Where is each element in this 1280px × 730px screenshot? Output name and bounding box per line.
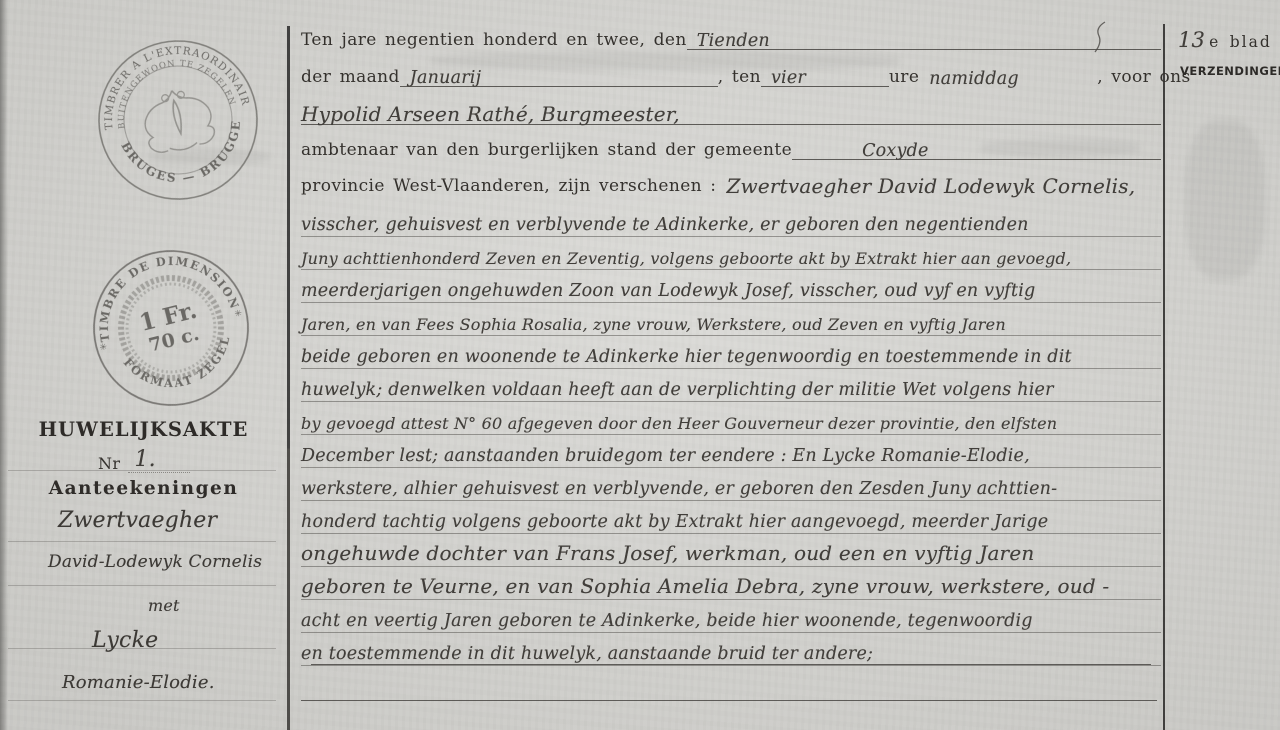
fill-in-hour: vier — [761, 68, 889, 87]
blank-rule — [301, 700, 1157, 701]
annotations-label: Aanteekeningen — [0, 478, 287, 499]
margin-bride-firstnames: Romanie-Elodie. — [62, 672, 215, 693]
written-line: Juny achttienhonderd Zeven en Zeventig, … — [301, 236, 1161, 270]
handwritten-text: huwelyk; denwelken voldaan heeft aan de … — [301, 380, 1054, 400]
handwritten-text: acht en veertig Jaren geboren te Adinker… — [301, 611, 1033, 631]
form-line-verschenen: provincie West-Vlaanderen, zijn verschen… — [301, 174, 1161, 196]
akte-number-row: Nr 1. — [98, 447, 190, 473]
handwritten-text: geboren te Veurne, en van Sophia Amelia … — [301, 574, 1109, 598]
written-line: by gevoegd attest N° 60 afgegeven door d… — [301, 401, 1161, 435]
pen-flourish-icon — [1075, 18, 1115, 54]
nr-value: 1. — [128, 447, 189, 473]
printed-text: der maand — [301, 67, 400, 87]
written-line: Jaren, en van Fees Sophia Rosalia, zyne … — [301, 302, 1161, 336]
written-line: huwelyk; denwelken voldaan heeft aan de … — [301, 368, 1161, 402]
svg-text:A TIMBRER A L'EXTRAORDINAIRE: A TIMBRER A L'EXTRAORDINAIRE — [68, 16, 251, 141]
form-line-gemeente: ambtenaar van den burgerlijken stand der… — [301, 140, 1161, 160]
blad-number: 13 — [1178, 28, 1205, 52]
handwritten-groom-name: Zwertvaegher David Lodewyk Cornelis, — [726, 174, 1135, 198]
bruges-stamp-icon: A TIMBRER A L'EXTRAORDINAIRE BUITENGEWOO… — [68, 16, 288, 223]
handwritten-text: Juny achttienhonderd Zeven en Zeventig, … — [301, 249, 1071, 268]
bleedthrough-smudge — [1185, 120, 1265, 280]
written-line: meerderjarigen ongehuwden Zoon van Lodew… — [301, 269, 1161, 303]
handwritten-text: en toestemmende in dit huwelyk, aanstaan… — [301, 644, 873, 664]
fill-in-groom-name: Zwertvaegher David Lodewyk Cornelis, — [716, 174, 1161, 196]
handwritten-daypart: namiddag — [929, 69, 1019, 89]
printed-text: Ten jare negentien honderd en twee, den — [301, 30, 687, 50]
form-left-rule — [287, 26, 290, 730]
stamp-star-right-icon: ✳ — [234, 308, 244, 320]
blad-suffix: e blad — [1209, 33, 1272, 51]
handwritten-officer-name: Hypolid Arseen Rathé, Burgmeester, — [301, 102, 680, 126]
handwritten-text: by gevoegd attest N° 60 afgegeven door d… — [301, 414, 1057, 433]
handwritten-text: Jaren, en van Fees Sophia Rosalia, zyne … — [301, 315, 1006, 334]
bruges-stamp-arc-bottom: BRUGES — BRUGGE — [117, 116, 254, 197]
form-line-month-hour: der maand Januarij , ten vier ure namidd… — [301, 67, 1161, 87]
handwritten-text: honderd tachtig volgens geboorte akt by … — [301, 512, 1048, 532]
handwritten-text: December lest; aanstaanden bruidegom ter… — [301, 446, 1030, 466]
dimension-stamp-icon: TIMBRE DE DIMENSION FORMAAT ZEGEL ✳ ✳ 1 … — [59, 220, 282, 436]
margin-groom-surname: Zwertvaegher — [58, 508, 217, 533]
written-line: acht en veertig Jaren geboren te Adinker… — [301, 599, 1161, 633]
form-line-date: Ten jare negentien honderd en twee, den … — [301, 30, 1161, 50]
printed-text: provincie West-Vlaanderen, zijn verschen… — [301, 176, 716, 196]
handwritten-text: ongehuwde dochter van Frans Josef, werkm… — [301, 541, 1034, 565]
handwritten-gemeente: Coxyde — [862, 141, 928, 161]
fill-in-blank — [883, 123, 1161, 125]
printed-text: ure — [889, 67, 919, 87]
written-line: geboren te Veurne, en van Sophia Amelia … — [301, 566, 1161, 600]
stamp-star-left-icon: ✳ — [99, 342, 109, 354]
act-body: Ten jare negentien honderd en twee, den … — [301, 0, 1161, 730]
bruges-stamp-arc-top: A TIMBRER A L'EXTRAORDINAIRE — [68, 16, 251, 141]
fill-in-gemeente: Coxyde — [792, 141, 1161, 160]
written-line: visscher, gehuisvest en verblyvende te A… — [301, 203, 1161, 237]
margin-rule — [8, 700, 276, 701]
written-line: werkstere, alhier gehuisvest en verblyve… — [301, 467, 1161, 501]
verzendingen-label: VERZENDINGEN — [1180, 64, 1280, 78]
form-right-rule — [1163, 24, 1165, 730]
margin-bride-surname: Lycke — [92, 628, 158, 653]
written-line: en toestemmende in dit huwelyk, aanstaan… — [301, 632, 1161, 666]
written-line: beide geboren en woonende te Adinkerke h… — [301, 335, 1161, 369]
handwritten-text: beide geboren en woonende te Adinkerke h… — [301, 347, 1072, 367]
fill-in-daypart: namiddag — [919, 69, 1097, 87]
printed-text: , ten — [718, 67, 761, 87]
form-line-officer: Hypolid Arseen Rathé, Burgmeester, — [301, 102, 1161, 125]
margin-met-label: met — [148, 596, 180, 615]
printed-text: ambtenaar van den burgerlijken stand der… — [301, 140, 792, 160]
handwritten-text: visscher, gehuisvest en verblyvende te A… — [301, 215, 1029, 235]
fill-in-month: Januarij — [400, 68, 718, 87]
svg-text:BRUGES — BRUGGE: BRUGES — BRUGGE — [117, 116, 254, 197]
written-line: honderd tachtig volgens geboorte akt by … — [301, 500, 1161, 534]
handwritten-day: Tienden — [697, 31, 770, 51]
scan-edge-shadow — [0, 0, 8, 730]
handwritten-hour: vier — [771, 68, 806, 88]
blad-number-row: 13 e blad — [1178, 28, 1278, 52]
margin-groom-firstnames: David-Lodewyk Cornelis — [48, 552, 262, 572]
handwritten-text: werkstere, alhier gehuisvest en verblyve… — [301, 479, 1057, 499]
written-line: ongehuwde dochter van Frans Josef, werkm… — [301, 533, 1161, 567]
printed-text: , voor ons — [1097, 67, 1190, 87]
fill-in-officer: Hypolid Arseen Rathé, Burgmeester, — [301, 102, 883, 125]
written-line: December lest; aanstaanden bruidegom ter… — [301, 434, 1161, 468]
blank-rule — [311, 664, 1151, 665]
margin-rule — [8, 585, 276, 586]
handwritten-text: meerderjarigen ongehuwden Zoon van Lodew… — [301, 281, 1035, 301]
nr-label: Nr — [98, 454, 120, 473]
handwritten-month: Januarij — [410, 68, 481, 88]
margin-rule — [8, 541, 276, 542]
akte-title: HUWELIJKSAKTE — [0, 418, 287, 441]
eagle-emblem-icon — [139, 84, 217, 157]
